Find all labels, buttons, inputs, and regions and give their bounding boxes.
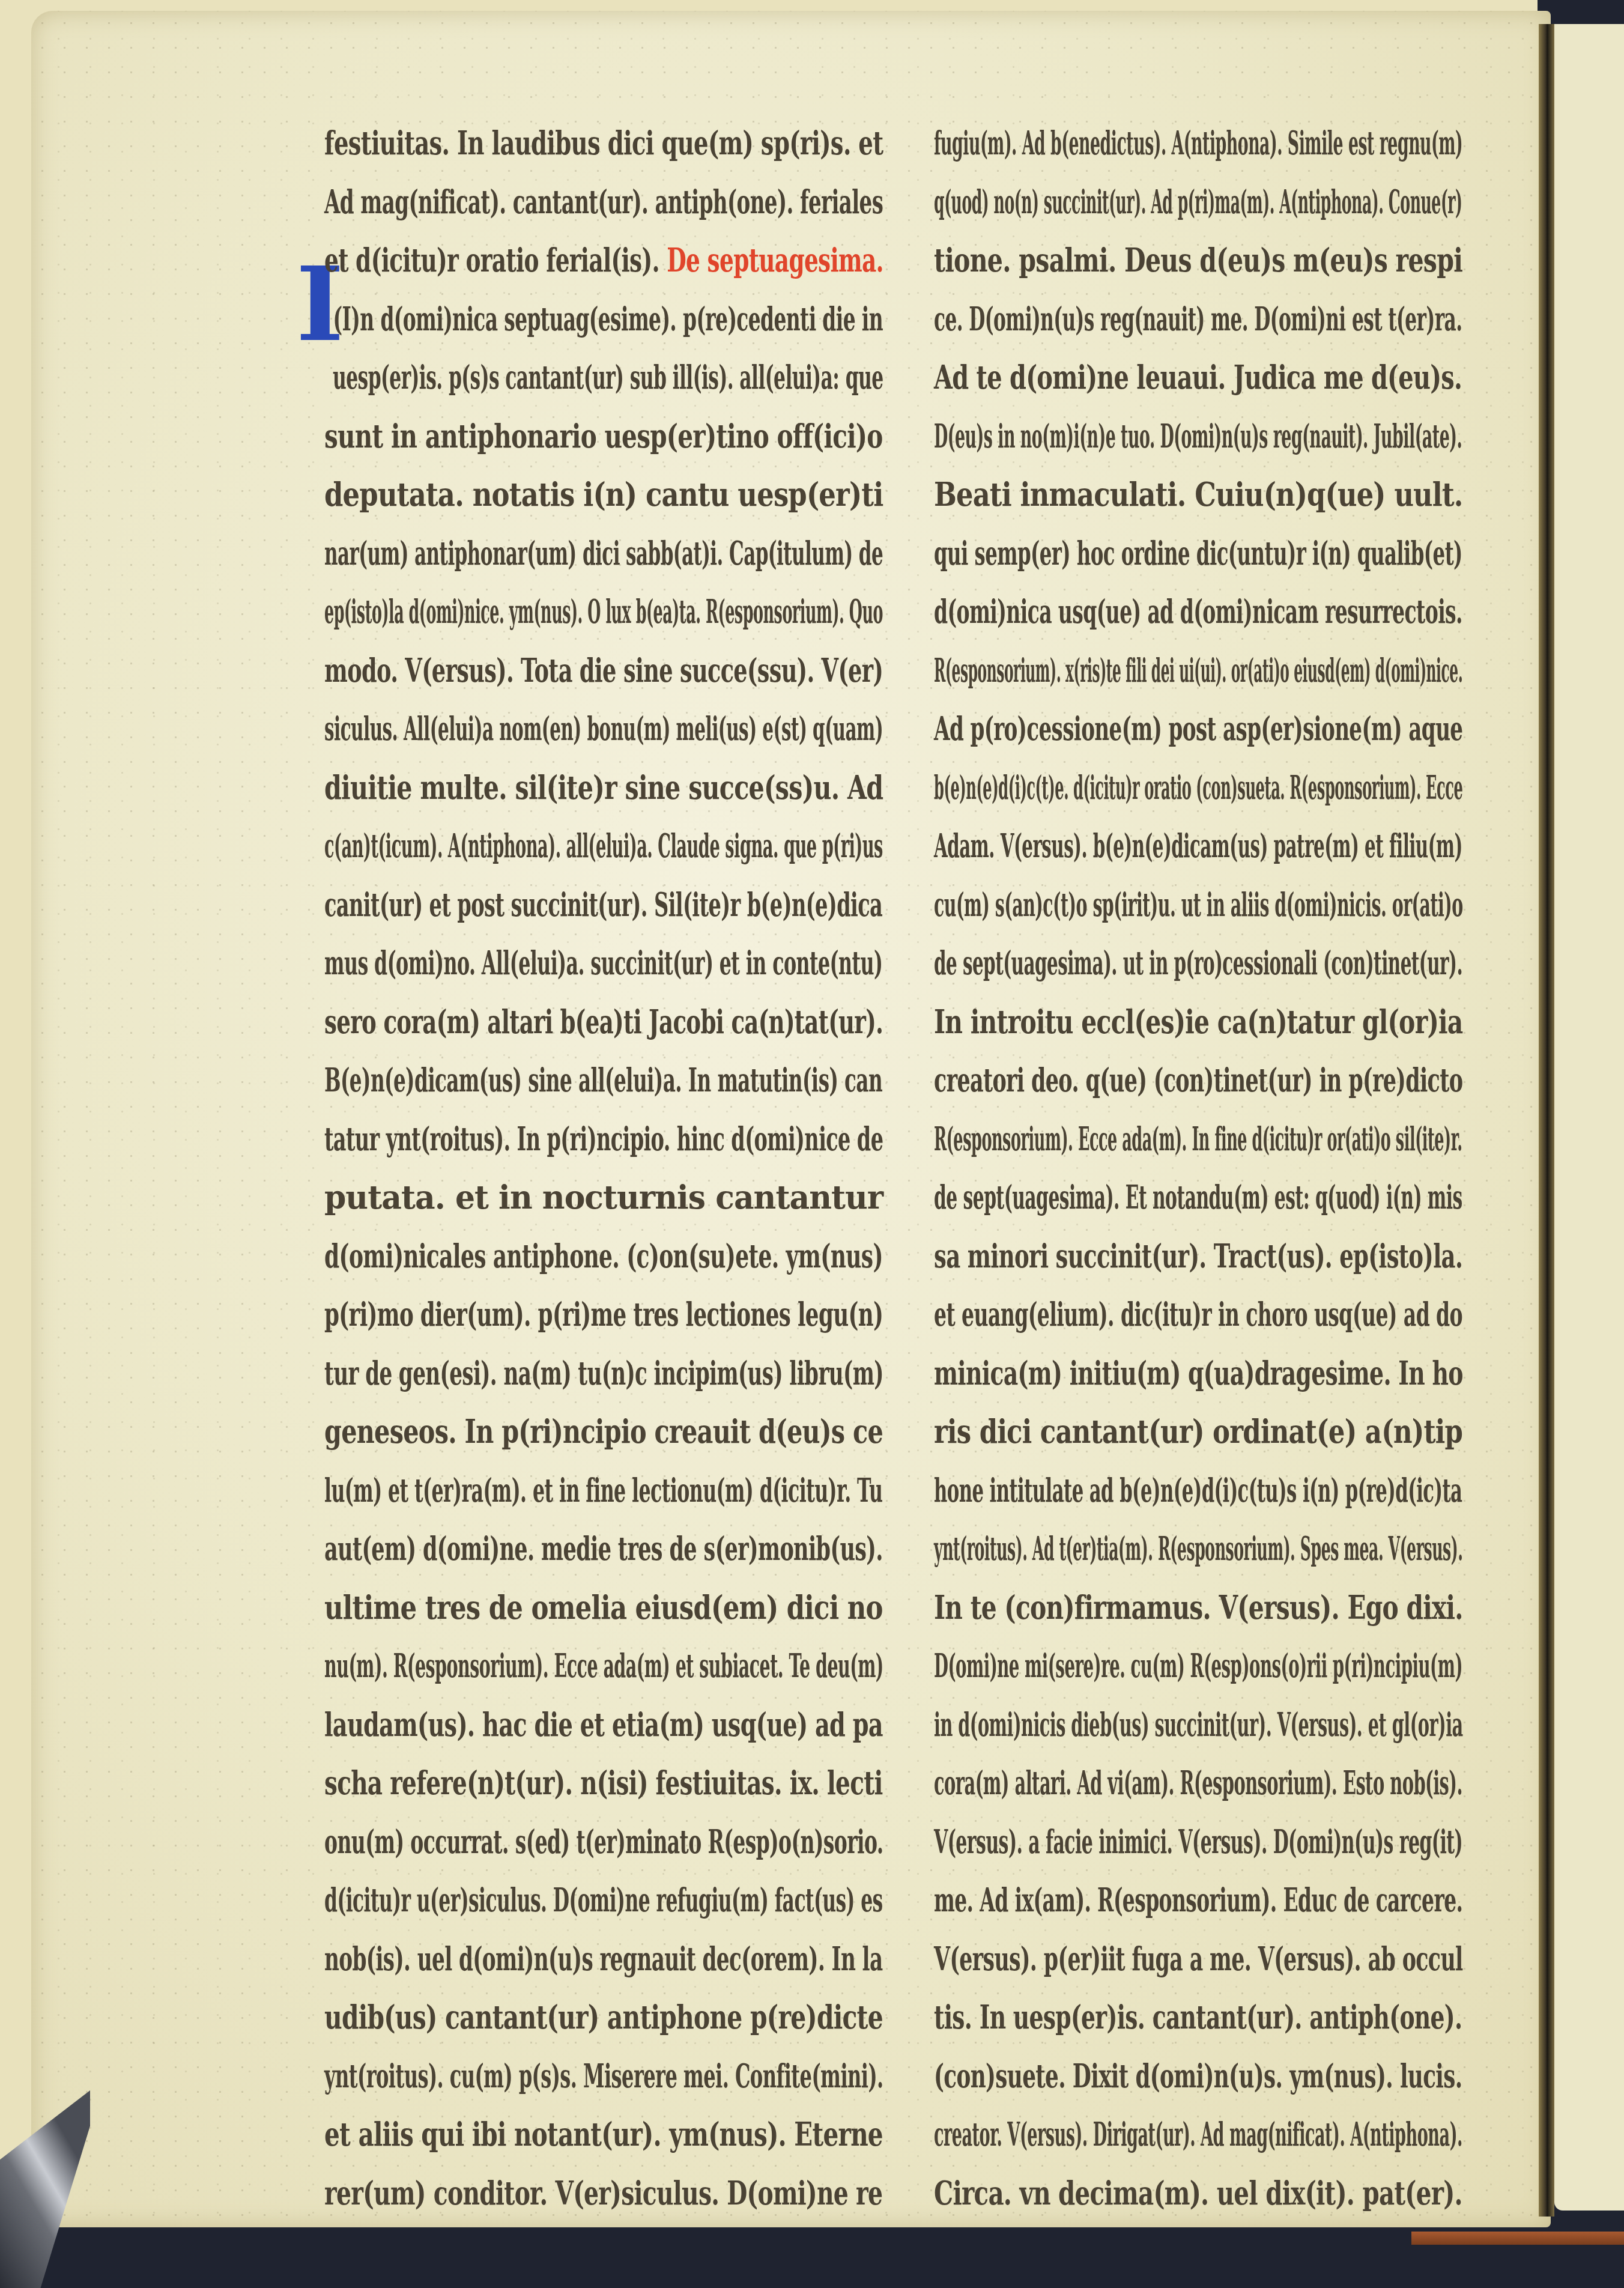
- text-line: creator. V(ersus). Dirigat(ur). Ad mag(n…: [934, 2105, 1199, 2164]
- text-line: Ad mag(nificat). cantant(ur). antiph(one…: [324, 173, 677, 232]
- text-line: cora(m) altari. Ad vi(am). R(esponsorium…: [934, 1754, 1217, 1813]
- right-text-column: fugiu(m). Ad b(enedictus). A(ntiphona). …: [934, 114, 1462, 2223]
- text-line: In introitu eccl(es)ie ca(n)tatur gl(or)…: [934, 993, 1334, 1052]
- text-line: aut(em) d(omi)ne. medie tres de s(er)mon…: [324, 1520, 687, 1579]
- text-line: p(ri)mo dier(um). p(ri)me tres lectiones…: [324, 1285, 694, 1344]
- text-line: scha refere(n)t(ur). n(isi) festiuitas. …: [324, 1754, 727, 1813]
- text-line: d(omi)nica usq(ue) ad d(omi)nicam resurr…: [934, 583, 1258, 642]
- text-line: ultime tres de omelia eiusd(em) dici no: [324, 1579, 774, 1637]
- text-line: et d(icitu)r oratio ferial(is). De septu…: [324, 231, 712, 290]
- text-line: fugiu(m). Ad b(enedictus). A(ntiphona). …: [934, 114, 1196, 173]
- text-line: ce. D(omi)n(u)s reg(nauit) me. D(omi)ni …: [934, 290, 1240, 349]
- gutter-shadow: [1539, 24, 1554, 2217]
- text-line: ris dici cantant(ur) ordinat(e) a(n)tip: [934, 1403, 1359, 1461]
- text-line: et euang(elium). dic(itu)r in choro usq(…: [934, 1285, 1258, 1344]
- text-line: sa minori succinit(ur). Tract(us). ep(is…: [934, 1227, 1297, 1286]
- text-line: D(omi)ne mi(sere)re. cu(m) R(esp)ons(o)r…: [934, 1637, 1205, 1696]
- spine-leather-edge: [1411, 2232, 1624, 2245]
- text-line: in d(omi)nicis dieb(us) succinit(ur). V(…: [934, 1696, 1216, 1755]
- text-line: sunt in antiphonario uesp(er)tino off(ic…: [324, 407, 744, 466]
- text-line: me. Ad ix(am). R(esponsorium). Educ de c…: [934, 1871, 1256, 1930]
- text-line: R(esponsorium). Ecce ada(m). In fine d(i…: [934, 1110, 1184, 1169]
- text-line: V(ersus). a facie inimici. V(ersus). D(o…: [934, 1813, 1227, 1872]
- text-line: de sept(uagesima). Et notandu(m) est: q(…: [934, 1168, 1226, 1227]
- text-line: Ad te d(omi)ne leuaui. Judica me d(eu)s.: [934, 348, 1324, 407]
- text-line: diuitie multe. sil(ite)r sine succe(ss)u…: [324, 759, 751, 818]
- text-line: de sept(uagesima). ut in p(ro)cessionali…: [934, 934, 1222, 993]
- text-line: B(e)n(e)dicam(us) sine all(elui)a. In ma…: [324, 1051, 662, 1110]
- text-line: et aliis qui ibi notant(ur). ym(nus). Et…: [324, 2105, 744, 2164]
- text-line: d(icitu)r u(er)siculus. D(omi)ne refugiu…: [324, 1871, 649, 1930]
- text-line: festiuitas. In laudibus dici que(m) sp(r…: [324, 114, 724, 173]
- text-line: qui semp(er) hoc ordine dic(untu)r i(n) …: [934, 524, 1252, 583]
- text-line: udib(us) cantant(ur) antiphone p(re)dict…: [324, 1988, 747, 2047]
- text-line: D(eu)s in no(m)i(n)e tuo. D(omi)n(u)s re…: [934, 407, 1196, 466]
- text-line: Beati inmaculati. Cuiu(n)q(ue) uult.: [934, 466, 1372, 524]
- text-segment: et d(icitu)r oratio ferial(is).: [324, 241, 659, 279]
- text-line: minica(m) initiu(m) q(ua)dragesime. In h…: [934, 1344, 1304, 1403]
- text-line: nob(is). uel d(omi)n(u)s regnauit dec(or…: [324, 1930, 679, 1989]
- text-line: d(omi)nicales antiphone. (c)on(su)ete. y…: [324, 1227, 697, 1286]
- text-line: hone intitulate ad b(e)n(e)d(i)c(tu)s i(…: [934, 1461, 1235, 1520]
- text-line: modo. V(ersus). Tota die sine succe(ssu)…: [324, 642, 704, 700]
- text-line: (con)suete. Dixit d(omi)n(u)s. ym(nus). …: [934, 2047, 1284, 2106]
- text-line: uesp(er)is. p(s)s cantant(ur) sub ill(is…: [324, 348, 649, 407]
- text-line: (I)n d(omi)nica septuag(esime). p(re)ced…: [324, 290, 664, 349]
- text-line: Circa. vn decima(m). uel dix(it). pat(er…: [934, 2164, 1329, 2223]
- text-line: V(ersus). p(er)iit fuga a me. V(ersus). …: [934, 1930, 1275, 1989]
- text-line: b(e)n(e)d(i)c(t)e. d(icitu)r oratio (con…: [934, 759, 1170, 818]
- text-line: deputata. notatis i(n) cantu uesp(er)ti: [324, 466, 789, 524]
- text-line: creatori deo. q(ue) (con)tinet(ur) in p(…: [934, 1051, 1276, 1110]
- text-line: canit(ur) et post succinit(ur). Sil(ite)…: [324, 876, 672, 935]
- text-line: q(uod) no(n) succinit(ur). Ad p(ri)ma(m)…: [934, 173, 1180, 232]
- text-line: tis. In uesp(er)is. cantant(ur). antiph(…: [934, 1988, 1303, 2047]
- text-line: ynt(roitus). Ad t(er)tia(m). R(esponsori…: [934, 1520, 1181, 1579]
- text-line: c(an)t(icum). A(ntiphona). all(elui)a. C…: [324, 817, 607, 876]
- text-line: Ad p(ro)cessione(m) post asp(er)sione(m)…: [934, 700, 1268, 759]
- text-line: laudam(us). hac die et etia(m) usq(ue) a…: [324, 1696, 720, 1755]
- text-line: onu(m) occurrat. s(ed) t(er)minato R(esp…: [324, 1813, 665, 1872]
- text-line: putata. et in nocturnis cantantur: [324, 1168, 862, 1227]
- text-line: siculus. All(elui)a nom(en) bonu(m) meli…: [324, 700, 629, 759]
- text-line: mus d(omi)no. All(elui)a. succinit(ur) e…: [324, 934, 652, 993]
- text-line: ynt(roitus). cu(m) p(s)s. Miserere mei. …: [324, 2047, 656, 2106]
- text-line: sero cora(m) altari b(ea)ti Jacobi ca(n)…: [324, 993, 709, 1052]
- text-line: Adam. V(ersus). b(e)n(e)dicam(us) patre(…: [934, 817, 1222, 876]
- text-line: nu(m). R(esponsorium). Ecce ada(m) et su…: [324, 1637, 619, 1696]
- text-line: tur de gen(esi). na(m) tu(n)c incipim(us…: [324, 1344, 679, 1403]
- text-line: rer(um) conditor. V(er)siculus. D(omi)ne…: [324, 2164, 731, 2223]
- text-line: ep(isto)la d(omi)nice. ym(nus). O lux b(…: [324, 583, 587, 642]
- text-line: lu(m) et t(er)ra(m). et in fine lectionu…: [324, 1461, 652, 1520]
- rubric-heading: De septuagesima.: [667, 241, 883, 279]
- text-line: geneseos. In p(ri)ncipio creauit d(eu)s …: [324, 1403, 753, 1461]
- text-line: tione. psalmi. Deus d(eu)s m(eu)s respi: [934, 231, 1336, 290]
- text-line: In te (con)firmamus. V(ersus). Ego dixi.: [934, 1579, 1333, 1637]
- text-line: tatur ynt(roitus). In p(ri)ncipio. hinc …: [324, 1110, 671, 1169]
- text-line: nar(um) antiphonar(um) dici sabb(at)i. C…: [324, 524, 646, 583]
- text-line: cu(m) s(an)c(t)o sp(irit)u. ut in aliis …: [934, 876, 1213, 935]
- text-line: R(esponsorium). x(ris)te fili dei ui(ui)…: [934, 642, 1162, 700]
- facing-leaf-edge: [1554, 24, 1624, 2211]
- left-text-column: festiuitas. In laudibus dici que(m) sp(r…: [324, 114, 883, 2223]
